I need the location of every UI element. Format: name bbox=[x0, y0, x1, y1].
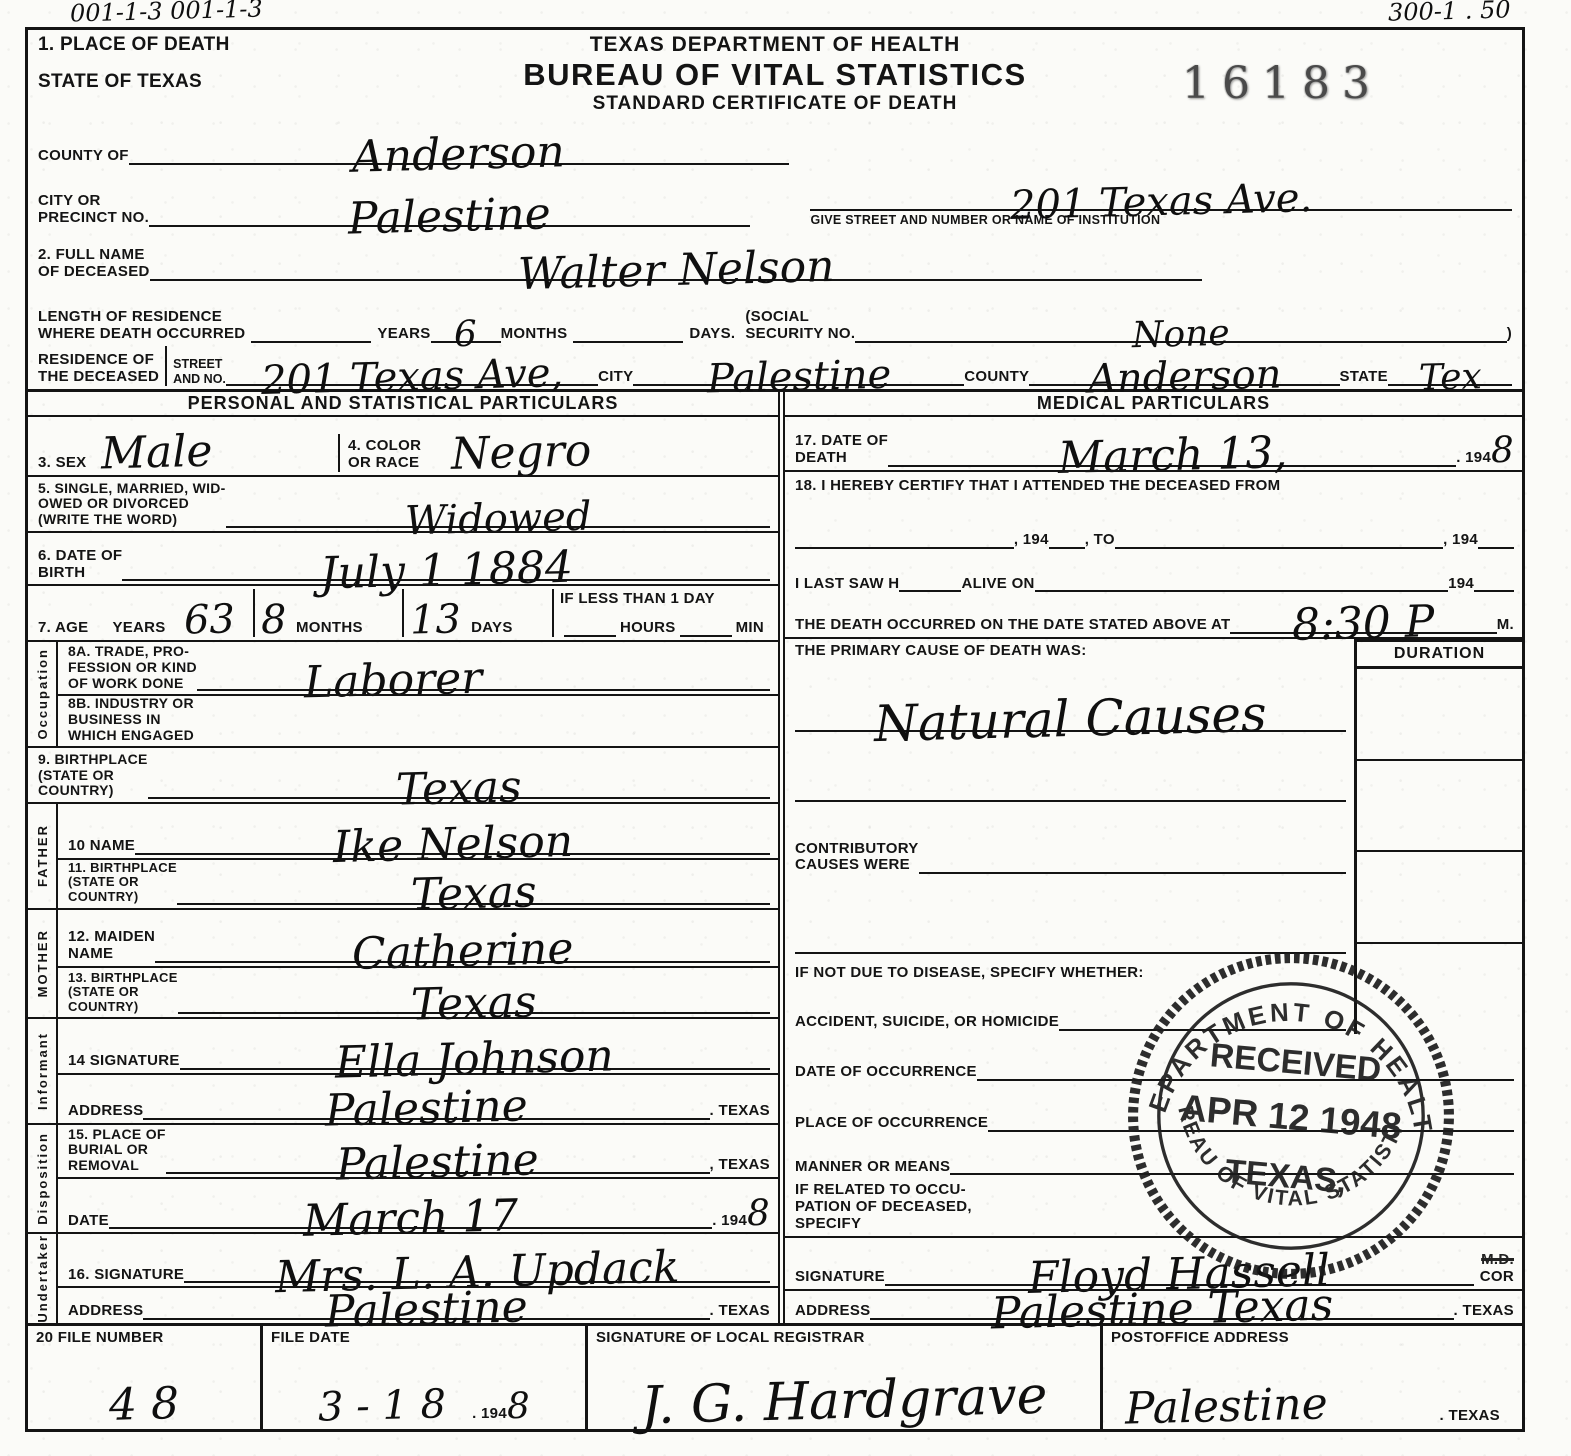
dob-line: July 1 1884 bbox=[122, 552, 770, 581]
primary-cause-line: Natural Causes bbox=[795, 698, 1346, 733]
attended-to-blank bbox=[1115, 539, 1443, 549]
disposition-side-label: Disposition bbox=[35, 1132, 50, 1225]
contributory-label: CONTRIBUTORY CAUSES WERE bbox=[795, 841, 919, 875]
informant-address-row: ADDRESS Palestine . TEXAS bbox=[58, 1073, 778, 1123]
postoffice-cell: POSTOFFICE ADDRESS Palestine . TEXAS bbox=[1100, 1326, 1522, 1429]
cause-blank-row-2 bbox=[785, 877, 1354, 957]
year-194-b: , 194 bbox=[1443, 532, 1478, 549]
residence-length-label: LENGTH OF RESIDENCE WHERE DEATH OCCURRED bbox=[38, 309, 245, 343]
burial-line: Palestine bbox=[166, 1144, 710, 1173]
sex-value: Male bbox=[100, 433, 212, 473]
years-value: 6 bbox=[454, 320, 478, 351]
duration-cell bbox=[1357, 944, 1522, 1034]
death-occurred-label: THE DEATH OCCURRED ON THE DATE STATED AB… bbox=[795, 617, 1230, 634]
attended-from-blank bbox=[795, 539, 1014, 549]
file-number-value: 4 8 bbox=[109, 1385, 180, 1424]
mother-bp-label: 13. BIRTHPLACE (STATE OR COUNTRY) bbox=[68, 971, 178, 1015]
father-bp-label: 11. BIRTHPLACE (STATE OR COUNTRY) bbox=[68, 861, 177, 905]
undertaker-sig-label: 16. SIGNATURE bbox=[68, 1267, 184, 1284]
death-time-value: 8:30 P bbox=[1292, 603, 1435, 644]
contributory-blank bbox=[919, 864, 1346, 874]
dob-label: 6. DATE OF BIRTH bbox=[38, 548, 122, 582]
year-194-a: , 194 bbox=[1014, 532, 1049, 549]
md-label-struck: M.D. bbox=[1481, 1252, 1514, 1269]
file-date-cell: FILE DATE 3 - 1 8 . 194 8 bbox=[260, 1326, 585, 1429]
place-occurrence-row: PLACE OF OCCURRENCE bbox=[785, 1084, 1522, 1135]
accident-label: ACCIDENT, SUICIDE, OR HOMICIDE bbox=[795, 1014, 1059, 1031]
mother-side-label: MOTHER bbox=[35, 929, 50, 997]
street-no-label: STREET AND NO. bbox=[173, 357, 226, 386]
informant-addr-label: ADDRESS bbox=[68, 1103, 143, 1120]
father-bp-value: Texas bbox=[410, 874, 537, 915]
undertaker-signature-row: 16. SIGNATURE Mrs. L. A. Updack bbox=[58, 1234, 778, 1286]
cause-blank-1 bbox=[795, 792, 1346, 802]
dod-line: March 13, bbox=[888, 437, 1456, 466]
primary-cause-label: THE PRIMARY CAUSE OF DEATH WAS: bbox=[795, 643, 1087, 660]
if-related-label: IF RELATED TO OCCU- PATION OF DECEASED, … bbox=[795, 1182, 972, 1232]
min-blank bbox=[680, 635, 732, 637]
street-line: 201 Texas Ave. bbox=[810, 185, 1512, 211]
death-time-line: 8:30 P bbox=[1230, 605, 1496, 634]
death-certificate-scan: 001-1-3 001-1-3 300-1 . 50 1. PLACE OF D… bbox=[0, 0, 1571, 1456]
undertaker-addr-state: . TEXAS bbox=[710, 1303, 770, 1320]
maiden-label: 12. MAIDEN NAME bbox=[68, 929, 155, 963]
marital-row: 5. SINGLE, MARRIED, WID- OWED OR DIVORCE… bbox=[28, 475, 778, 531]
months-label: MONTHS bbox=[501, 326, 568, 343]
duration-cell bbox=[1357, 761, 1522, 853]
certify-label: 18. I HEREBY CERTIFY THAT I ATTENDED THE… bbox=[795, 478, 1280, 495]
marital-label: 5. SINGLE, MARRIED, WID- OWED OR DIVORCE… bbox=[38, 481, 226, 528]
res-state-label: STATE bbox=[1340, 369, 1388, 386]
undertaker-side-label: Undertaker bbox=[35, 1234, 50, 1323]
handwritten-code-left: 001-1-3 001-1-3 bbox=[70, 0, 263, 24]
ssn-label: (SOCIAL SECURITY NO. bbox=[745, 309, 855, 343]
physician-sig-line: Floyd Hassell bbox=[885, 1256, 1474, 1285]
birthplace-value: Texas bbox=[396, 768, 523, 809]
dod-year-value: 8 bbox=[1491, 436, 1515, 467]
mother-group: MOTHER 12. MAIDEN NAME Catherine 13. BIR… bbox=[28, 908, 778, 1018]
primary-cause-row: Natural Causes bbox=[785, 673, 1354, 735]
cause-blank-row-1 bbox=[785, 735, 1354, 805]
ssn-paren: ) bbox=[1507, 326, 1512, 343]
undertaker-sig-line: Mrs. L. A. Updack bbox=[184, 1254, 770, 1283]
date-of-death-row: 17. DATE OF DEATH March 13, . 194 8 bbox=[785, 417, 1522, 470]
father-name-line: Ike Nelson bbox=[135, 826, 770, 855]
dob-row: 6. DATE OF BIRTH July 1 1884 bbox=[28, 531, 778, 585]
res-county-value: Anderson bbox=[1087, 357, 1281, 396]
if-not-due-row: IF NOT DUE TO DISEASE, SPECIFY WHETHER: bbox=[785, 957, 1354, 1003]
industry-row: 8B. INDUSTRY OR BUSINESS IN WHICH ENGAGE… bbox=[58, 694, 778, 746]
alive-on-blank bbox=[1035, 582, 1448, 592]
burial-year-value: 8 bbox=[747, 1198, 771, 1229]
sex-color-row: 3. SEX Male 4. COLOR OR RACE Negro bbox=[28, 417, 778, 475]
physician-address-row: ADDRESS Palestine Texas . TEXAS bbox=[785, 1289, 1522, 1323]
mother-birthplace-row: 13. BIRTHPLACE (STATE OR COUNTRY) Texas bbox=[58, 966, 778, 1018]
dod-year-label: . 194 bbox=[1456, 450, 1491, 467]
age-months-label: MONTHS bbox=[296, 620, 363, 637]
if-not-due-label: IF NOT DUE TO DISEASE, SPECIFY WHETHER: bbox=[795, 965, 1144, 982]
county-row: COUNTY OF Anderson bbox=[28, 118, 1522, 168]
res-state-line: Tex bbox=[1388, 363, 1512, 386]
birthplace-line: Texas bbox=[148, 770, 770, 799]
certificate-header: 1. PLACE OF DEATH STATE OF TEXAS TEXAS D… bbox=[28, 30, 1522, 118]
months-blank bbox=[573, 333, 683, 343]
res-street-line: 201 Texas Ave, bbox=[226, 360, 598, 386]
age-days-value: 13 bbox=[410, 603, 462, 638]
dept-title: TEXAS DEPARTMENT OF HEALTH bbox=[428, 33, 1122, 57]
last-saw-label: I LAST SAW H bbox=[795, 576, 899, 593]
undertaker-group: Undertaker 16. SIGNATURE Mrs. L. A. Upda… bbox=[28, 1232, 778, 1323]
years-label: YEARS bbox=[377, 326, 430, 343]
file-date-value: 3 - 1 8 bbox=[318, 1387, 447, 1424]
personal-particulars-column: PERSONAL AND STATISTICAL PARTICULARS 3. … bbox=[28, 392, 780, 1323]
res-state-value: Tex bbox=[1418, 363, 1482, 395]
undertaker-address-row: ADDRESS Palestine . TEXAS bbox=[58, 1286, 778, 1323]
city-line: Palestine bbox=[149, 198, 750, 227]
manner-label: MANNER OR MEANS bbox=[795, 1159, 950, 1176]
informant-side-label: Informant bbox=[35, 1032, 50, 1110]
physician-addr-label: ADDRESS bbox=[795, 1303, 870, 1320]
to-label: , TO bbox=[1085, 532, 1115, 549]
death-time-m-label: M. bbox=[1497, 617, 1514, 634]
informant-sig-label: 14 SIGNATURE bbox=[68, 1053, 180, 1070]
postoffice-value: Palestine bbox=[1125, 1385, 1329, 1428]
maiden-line: Catherine bbox=[155, 933, 770, 962]
last-saw-blank1 bbox=[899, 582, 961, 592]
father-group: FATHER 10 NAME Ike Nelson 11. BIRTHPLACE… bbox=[28, 802, 778, 908]
physician-signature-row: SIGNATURE Floyd Hassell M.D. COR bbox=[785, 1236, 1522, 1289]
last-saw-row: I LAST SAW H ALIVE ON 194 bbox=[785, 552, 1522, 596]
top-margin-codes: 001-1-3 001-1-3 300-1 . 50 bbox=[0, 0, 1571, 27]
res-city-label: CITY bbox=[598, 369, 633, 386]
death-occurred-row: THE DEATH OCCURRED ON THE DATE STATED AB… bbox=[785, 595, 1522, 637]
physician-addr-value: Palestine Texas bbox=[990, 1286, 1333, 1332]
postoffice-state: . TEXAS bbox=[1440, 1408, 1500, 1425]
trade-label: 8A. TRADE, PRO- FESSION OR KIND OF WORK … bbox=[68, 644, 197, 691]
informant-addr-line: Palestine bbox=[143, 1090, 709, 1119]
date-occurrence-label: DATE OF OCCURRENCE bbox=[795, 1064, 977, 1081]
city-label: CITY OR PRECINCT NO. bbox=[38, 193, 149, 227]
medical-particulars-column: MEDICAL PARTICULARS 17. DATE OF DEATH Ma… bbox=[783, 392, 1522, 1323]
cause-blank-2 bbox=[795, 944, 1346, 954]
burial-date-label: DATE bbox=[68, 1213, 109, 1230]
res-city-line: Palestine bbox=[633, 360, 964, 386]
informant-sig-line: Ella Johnson bbox=[180, 1041, 770, 1070]
age-months-value: 8 bbox=[260, 603, 286, 638]
date-occurrence-row: DATE OF OCCURRENCE bbox=[785, 1034, 1522, 1085]
undertaker-addr-value: Palestine bbox=[325, 1288, 529, 1331]
duration-column: DURATION bbox=[1354, 639, 1522, 1033]
birthplace-label: 9. BIRTHPLACE (STATE OR COUNTRY) bbox=[38, 752, 148, 799]
occupation-group: Occupation 8A. TRADE, PRO- FESSION OR KI… bbox=[28, 640, 778, 746]
year-194-c: 194 bbox=[1448, 576, 1474, 593]
physician-sig-label: SIGNATURE bbox=[795, 1269, 885, 1286]
trade-row: 8A. TRADE, PRO- FESSION OR KIND OF WORK … bbox=[58, 642, 778, 694]
if-related-row: IF RELATED TO OCCU- PATION OF DECEASED, … bbox=[785, 1178, 1522, 1235]
hours-blank bbox=[564, 635, 616, 637]
handwritten-code-right: 300-1 . 50 bbox=[1388, 0, 1511, 23]
birthplace-row: 9. BIRTHPLACE (STATE OR COUNTRY) Texas bbox=[28, 746, 778, 802]
burial-date-line: March 17 bbox=[109, 1200, 712, 1229]
father-side-label: FATHER bbox=[35, 824, 50, 887]
street-value: 201 Texas Ave. bbox=[1010, 181, 1313, 223]
certificate-body: 1. PLACE OF DEATH STATE OF TEXAS TEXAS D… bbox=[25, 27, 1525, 1432]
county-value: Anderson bbox=[352, 133, 566, 176]
hours-label: HOURS bbox=[620, 620, 676, 637]
sex-label: 3. SEX bbox=[38, 455, 87, 472]
res-county-label: COUNTY bbox=[964, 369, 1029, 386]
undertaker-addr-line: Palestine bbox=[143, 1291, 709, 1320]
duration-cell bbox=[1357, 669, 1522, 761]
days-label: DAYS. bbox=[689, 326, 735, 343]
full-name-label: 2. FULL NAME OF DECEASED bbox=[38, 247, 150, 281]
full-name-line: Walter Nelson bbox=[150, 252, 1203, 281]
maiden-name-row: 12. MAIDEN NAME Catherine bbox=[58, 910, 778, 966]
burial-state: , TEXAS bbox=[710, 1157, 770, 1174]
manner-row: MANNER OR MEANS bbox=[785, 1135, 1522, 1179]
informant-addr-state: . TEXAS bbox=[710, 1103, 770, 1120]
year-blank-a bbox=[1049, 539, 1085, 549]
cause-section: THE PRIMARY CAUSE OF DEATH WAS: Natural … bbox=[785, 637, 1522, 1033]
ssn-line: None bbox=[855, 320, 1506, 343]
file-number-label: 20 FILE NUMBER bbox=[36, 1330, 252, 1347]
burial-year-label: . 194 bbox=[712, 1213, 747, 1230]
institution-street-block: 201 Texas Ave. GIVE STREET AND NUMBER OR… bbox=[810, 185, 1512, 227]
file-number-cell: 20 FILE NUMBER 4 8 bbox=[28, 1326, 260, 1429]
years-blank bbox=[251, 333, 371, 343]
certificate-title: STANDARD CERTIFICATE OF DEATH bbox=[428, 93, 1122, 115]
certify-row: 18. I HEREBY CERTIFY THAT I ATTENDED THE… bbox=[785, 470, 1522, 507]
physician-addr-line: Palestine Texas bbox=[870, 1291, 1453, 1320]
date-occurrence-blank bbox=[977, 1071, 1514, 1081]
informant-group: Informant 14 SIGNATURE Ella Johnson ADDR… bbox=[28, 1017, 778, 1123]
disposition-group: Disposition 15. PLACE OF BURIAL OR REMOV… bbox=[28, 1123, 778, 1233]
age-label: 7. AGE bbox=[38, 620, 88, 637]
certify-blanks-row: , 194 , TO , 194 bbox=[785, 507, 1522, 552]
manner-blank bbox=[950, 1165, 1514, 1175]
father-name-row: 10 NAME Ike Nelson bbox=[58, 804, 778, 858]
color-label: 4. COLOR OR RACE bbox=[348, 438, 421, 472]
residence-label: RESIDENCE OF THE DECEASED bbox=[38, 352, 159, 386]
certificate-number-stamp: 16183 bbox=[1182, 58, 1382, 109]
age-years-label: YEARS bbox=[112, 620, 165, 637]
age-row: 7. AGE YEARS 63 8 MONTHS 13 DAYS IF LESS… bbox=[28, 584, 778, 640]
place-occurrence-label: PLACE OF OCCURRENCE bbox=[795, 1115, 988, 1132]
dod-label: 17. DATE OF DEATH bbox=[795, 433, 888, 467]
informant-signature-row: 14 SIGNATURE Ella Johnson bbox=[58, 1019, 778, 1073]
residence-row: RESIDENCE OF THE DECEASED STREET AND NO.… bbox=[28, 346, 1522, 392]
occupation-side-label: Occupation bbox=[35, 648, 50, 740]
registrar-value: J. G. Hardgrave bbox=[640, 1374, 1047, 1429]
father-bp-line: Texas bbox=[177, 875, 770, 904]
mother-bp-value: Texas bbox=[411, 983, 538, 1024]
res-street-value: 201 Texas Ave, bbox=[260, 356, 563, 398]
duration-cell bbox=[1357, 852, 1522, 944]
age-days-label: DAYS bbox=[471, 620, 513, 637]
medical-title: MEDICAL PARTICULARS bbox=[785, 392, 1522, 417]
age-years-value: 63 bbox=[183, 603, 235, 638]
primary-cause-label-row: THE PRIMARY CAUSE OF DEATH WAS: bbox=[785, 639, 1354, 673]
less-than-day-label: IF LESS THAN 1 DAY bbox=[560, 591, 715, 608]
years-line: 6 bbox=[431, 320, 501, 343]
contributory-row: CONTRIBUTORY CAUSES WERE bbox=[785, 805, 1354, 877]
accident-row: ACCIDENT, SUICIDE, OR HOMICIDE bbox=[785, 1003, 1354, 1033]
min-label: MIN bbox=[736, 620, 764, 637]
industry-label: 8B. INDUSTRY OR BUSINESS IN WHICH ENGAGE… bbox=[68, 696, 194, 743]
full-name-row: 2. FULL NAME OF DECEASED Walter Nelson bbox=[28, 230, 1522, 284]
alive-on-label: ALIVE ON bbox=[961, 576, 1034, 593]
cor-label: COR bbox=[1480, 1269, 1514, 1286]
physician-addr-state: . TEXAS bbox=[1454, 1303, 1514, 1320]
city-value: Palestine bbox=[348, 195, 552, 238]
res-city-value: Palestine bbox=[706, 358, 891, 397]
place-occurrence-blank bbox=[988, 1122, 1514, 1132]
trade-line: Laborer bbox=[197, 662, 770, 691]
registrar-footer: 20 FILE NUMBER 4 8 FILE DATE 3 - 1 8 . 1… bbox=[28, 1323, 1522, 1429]
mother-bp-line: Texas bbox=[178, 985, 770, 1014]
county-line: Anderson bbox=[129, 136, 789, 165]
father-birthplace-row: 11. BIRTHPLACE (STATE OR COUNTRY) Texas bbox=[58, 858, 778, 908]
registrar-cell: SIGNATURE OF LOCAL REGISTRAR J. G. Hardg… bbox=[585, 1326, 1100, 1429]
file-year-label: . 194 bbox=[472, 1406, 507, 1423]
marital-line: Widowed bbox=[226, 502, 770, 528]
accident-blank bbox=[1059, 1021, 1346, 1031]
year-blank-b bbox=[1478, 539, 1514, 549]
county-label: COUNTY OF bbox=[38, 148, 129, 165]
father-name-label: 10 NAME bbox=[68, 838, 135, 855]
place-of-death-label: 1. PLACE OF DEATH bbox=[38, 34, 428, 55]
state-of-texas-label: STATE OF TEXAS bbox=[38, 71, 428, 92]
res-county-line: Anderson bbox=[1029, 360, 1339, 386]
ssn-value: None bbox=[1132, 319, 1230, 352]
color-value: Negro bbox=[451, 433, 592, 474]
burial-row: 15. PLACE OF BURIAL OR REMOVAL Palestine… bbox=[58, 1125, 778, 1177]
bureau-title: BUREAU OF VITAL STATISTICS bbox=[428, 57, 1122, 93]
city-row: CITY OR PRECINCT NO. Palestine 201 Texas… bbox=[28, 168, 1522, 230]
undertaker-addr-label: ADDRESS bbox=[68, 1303, 143, 1320]
file-year-value: 8 bbox=[507, 1392, 531, 1423]
burial-date-row: DATE March 17 . 194 8 bbox=[58, 1177, 778, 1233]
last-saw-blank2 bbox=[1474, 582, 1514, 592]
full-name-value: Walter Nelson bbox=[517, 247, 834, 293]
burial-label: 15. PLACE OF BURIAL OR REMOVAL bbox=[68, 1127, 166, 1174]
